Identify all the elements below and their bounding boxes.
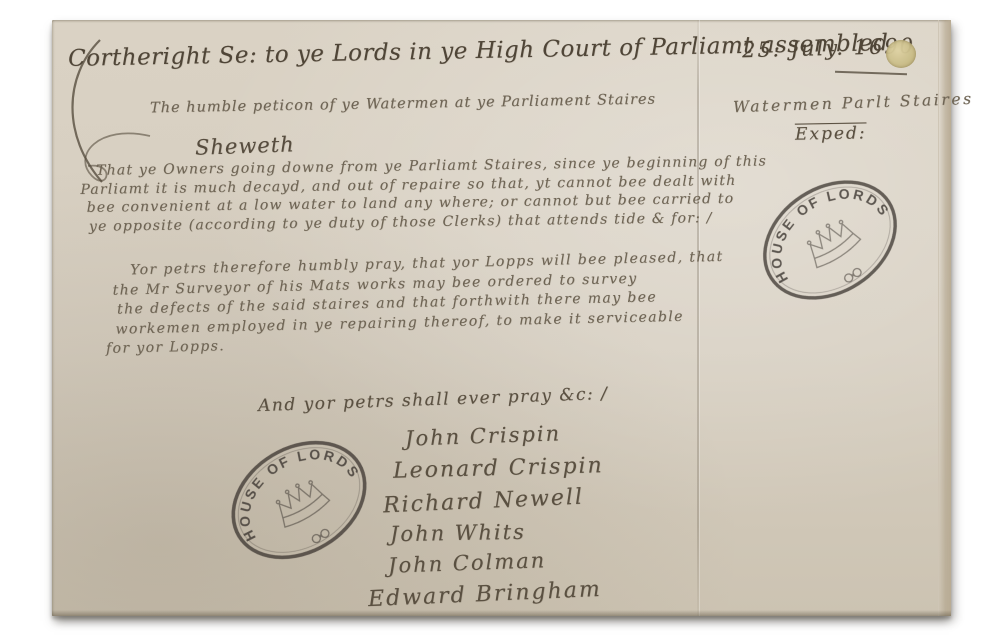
house-of-lords-stamp: HOUSE OF LORDS	[186, 394, 412, 607]
paper-bottom-edge	[52, 610, 951, 616]
crown-icon	[800, 214, 862, 271]
date-underline	[835, 71, 907, 76]
photo-background: Cortheright Se: to ye Lords in ye High C…	[0, 0, 1000, 640]
wax-seal-spot	[886, 40, 916, 68]
signature: John Whits	[390, 520, 526, 546]
signature: John Colman	[388, 548, 547, 578]
paper-right-edge	[938, 20, 951, 616]
signature: Leonard Crispin	[393, 453, 604, 484]
body-paragraph-2: Yor petrs therefore humbly pray, that yo…	[100, 248, 726, 360]
signature: John Crispin	[405, 421, 562, 450]
salutation-sheweth: Sheweth	[195, 132, 295, 159]
document-page: Cortheright Se: to ye Lords in ye High C…	[52, 20, 951, 616]
petition-subtitle: The humble peticon of ye Watermen at ye …	[150, 92, 656, 117]
body-paragraph-1: That ye Owners going downe from ye Parli…	[78, 152, 768, 236]
crown-icon	[269, 474, 331, 530]
signature: Edward Bringham	[368, 577, 603, 612]
signature: Richard Newell	[383, 485, 585, 519]
